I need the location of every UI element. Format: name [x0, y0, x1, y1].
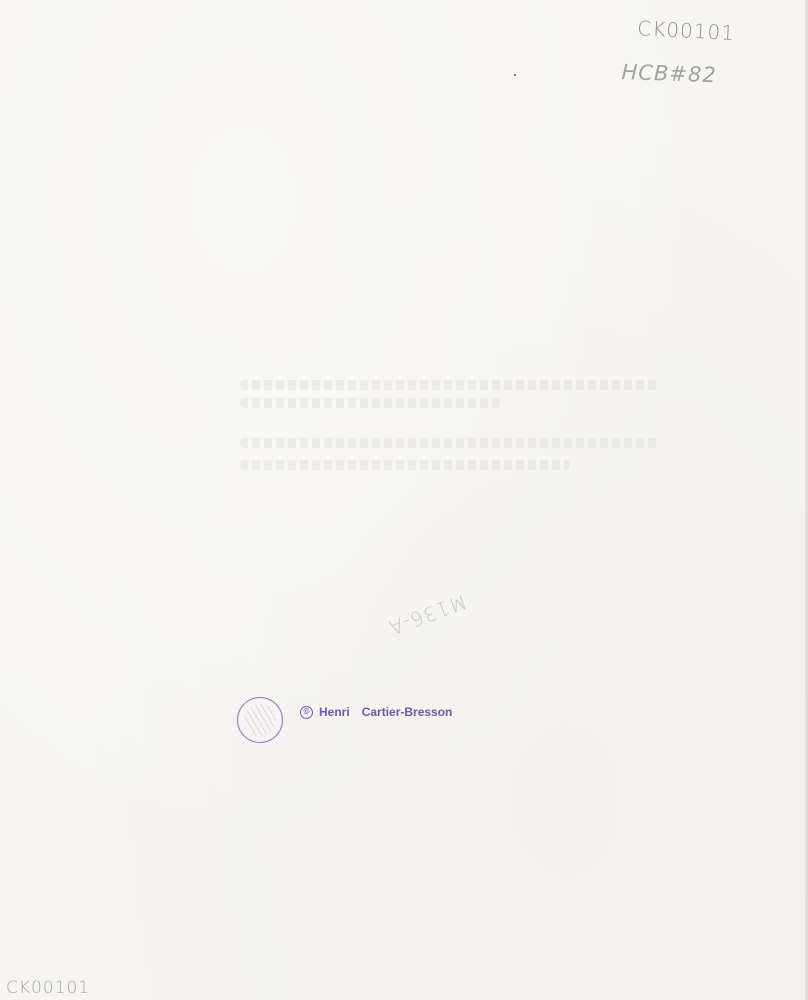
series-number: HCB#82: [621, 60, 717, 87]
catalog-number-top: CK00101: [637, 16, 736, 45]
show-through-text-line: [240, 398, 500, 408]
paper-speck: [514, 74, 516, 76]
show-through-text-line: [240, 438, 660, 448]
show-through-text-line: [240, 380, 660, 390]
copyright-icon: ©: [300, 706, 313, 719]
photographer-family-name: Cartier-Bresson: [362, 705, 453, 719]
photographer-given-name: Henri: [319, 705, 350, 719]
photo-verso-paper: [0, 0, 808, 1000]
catalog-number-bottom: CK00101: [6, 978, 90, 998]
copyright-stamp: © Henri Cartier-Bresson: [300, 705, 452, 719]
round-stamp-icon: [237, 697, 283, 743]
stamp-signature: [244, 704, 276, 736]
show-through-text-line: [240, 460, 570, 470]
